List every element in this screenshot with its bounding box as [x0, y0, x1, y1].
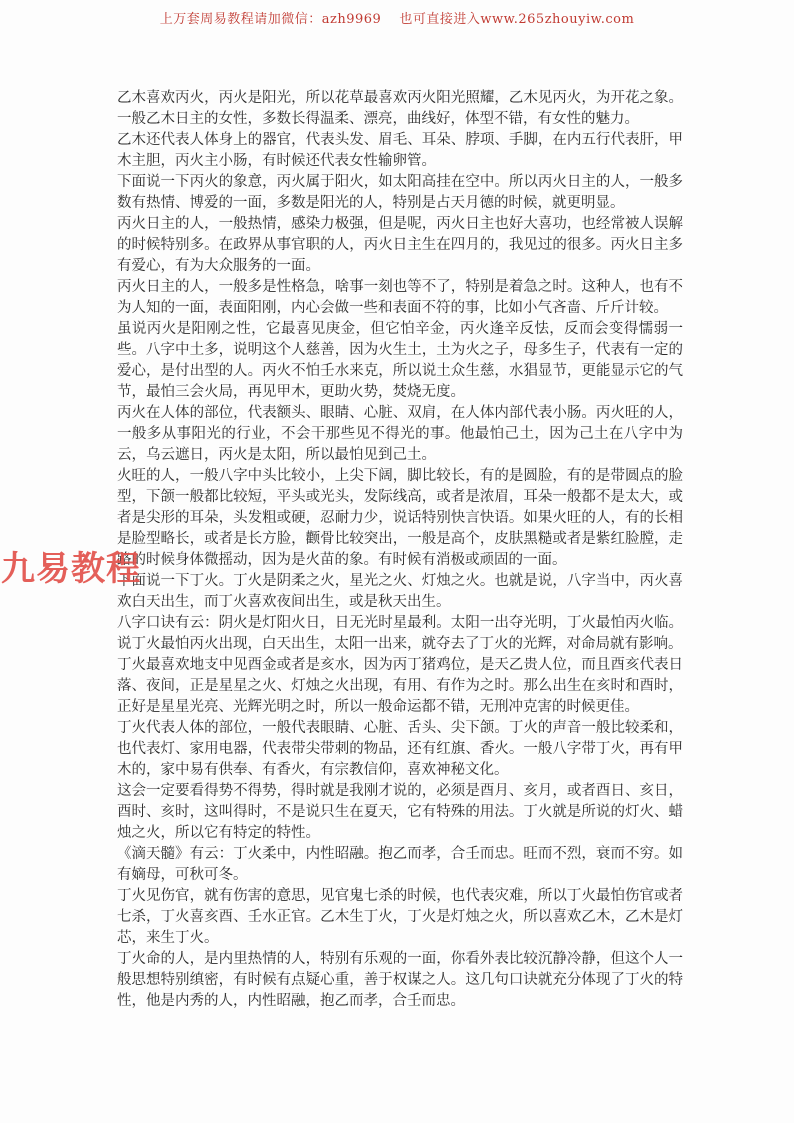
paragraph: 这会一定要看得势不得势，得时就是我刚才说的，必须是酉月、亥月，或者酉日、亥日，酉…	[117, 781, 683, 844]
paragraph: 《滴天髓》有云：丁火柔中，内性昭融。抱乙而孝，合壬而忠。旺而不烈，衰而不穷。如有…	[117, 844, 683, 886]
document-page: 上万套周易教程请加微信：azh9969 也可直接进入www.265zhouyiw…	[0, 0, 794, 1123]
promo-header-text: 上万套周易教程请加微信：azh9969 也可直接进入www.265zhouyiw…	[0, 8, 794, 27]
paragraph: 火旺的人，一般八字中头比较小，上尖下阔，脚比较长，有的是圆脸，有的是带圆点的脸型…	[117, 466, 683, 571]
article-body: 乙木喜欢丙火，丙火是阳光，所以花草最喜欢丙火阳光照耀，乙木见丙火，为开花之象。一…	[117, 88, 683, 1012]
watermark: 九易教程	[1, 541, 141, 590]
paragraph: 下面说一下丁火。丁火是阴柔之火，星光之火、灯烛之火。也就是说，八字当中，丙火喜欢…	[117, 571, 683, 613]
paragraph: 乙木还代表人体身上的器官，代表头发、眉毛、耳朵、脖项、手脚，在内五行代表肝，甲木…	[117, 130, 683, 172]
paragraph: 八字口诀有云：阴火是灯阳火日，日无光时星最利。太阳一出夺光明，丁火最怕丙火临。说…	[117, 613, 683, 655]
paragraph: 丁火命的人，是内里热情的人，特别有乐观的一面，你看外表比较沉静冷静，但这个人一般…	[117, 949, 683, 1012]
paragraph: 乙木喜欢丙火，丙火是阳光，所以花草最喜欢丙火阳光照耀，乙木见丙火，为开花之象。一…	[117, 88, 683, 130]
paragraph: 丁火最喜欢地支中见酉金或者是亥水，因为丙丁猪鸡位，是天乙贵人位，而且酉亥代表日落…	[117, 655, 683, 718]
paragraph: 丙火日主的人，一般多是性格急，啥事一刻也等不了，特别是着急之时。这种人，也有不为…	[117, 277, 683, 319]
paragraph: 丁火见伤官，就有伤害的意思，见官鬼七杀的时候，也代表灾难，所以丁火最怕伤官或者七…	[117, 886, 683, 949]
paragraph: 丙火在人体的部位，代表额头、眼睛、心脏、双肩，在人体内部代表小肠。丙火旺的人，一…	[117, 403, 683, 466]
paragraph: 虽说丙火是阳刚之性，它最喜见庚金，但它怕辛金，丙火逢辛反怯，反而会变得懦弱一些。…	[117, 319, 683, 403]
paragraph: 丙火日主的人，一般热情，感染力极强，但是呢，丙火日主也好大喜功，也经常被人误解的…	[117, 214, 683, 277]
paragraph: 丁火代表人体的部位，一般代表眼睛、心脏、舌头、尖下颌。丁火的声音一般比较柔和，也…	[117, 718, 683, 781]
paragraph: 下面说一下丙火的象意，丙火属于阳火，如太阳高挂在空中。所以丙火日主的人，一般多数…	[117, 172, 683, 214]
